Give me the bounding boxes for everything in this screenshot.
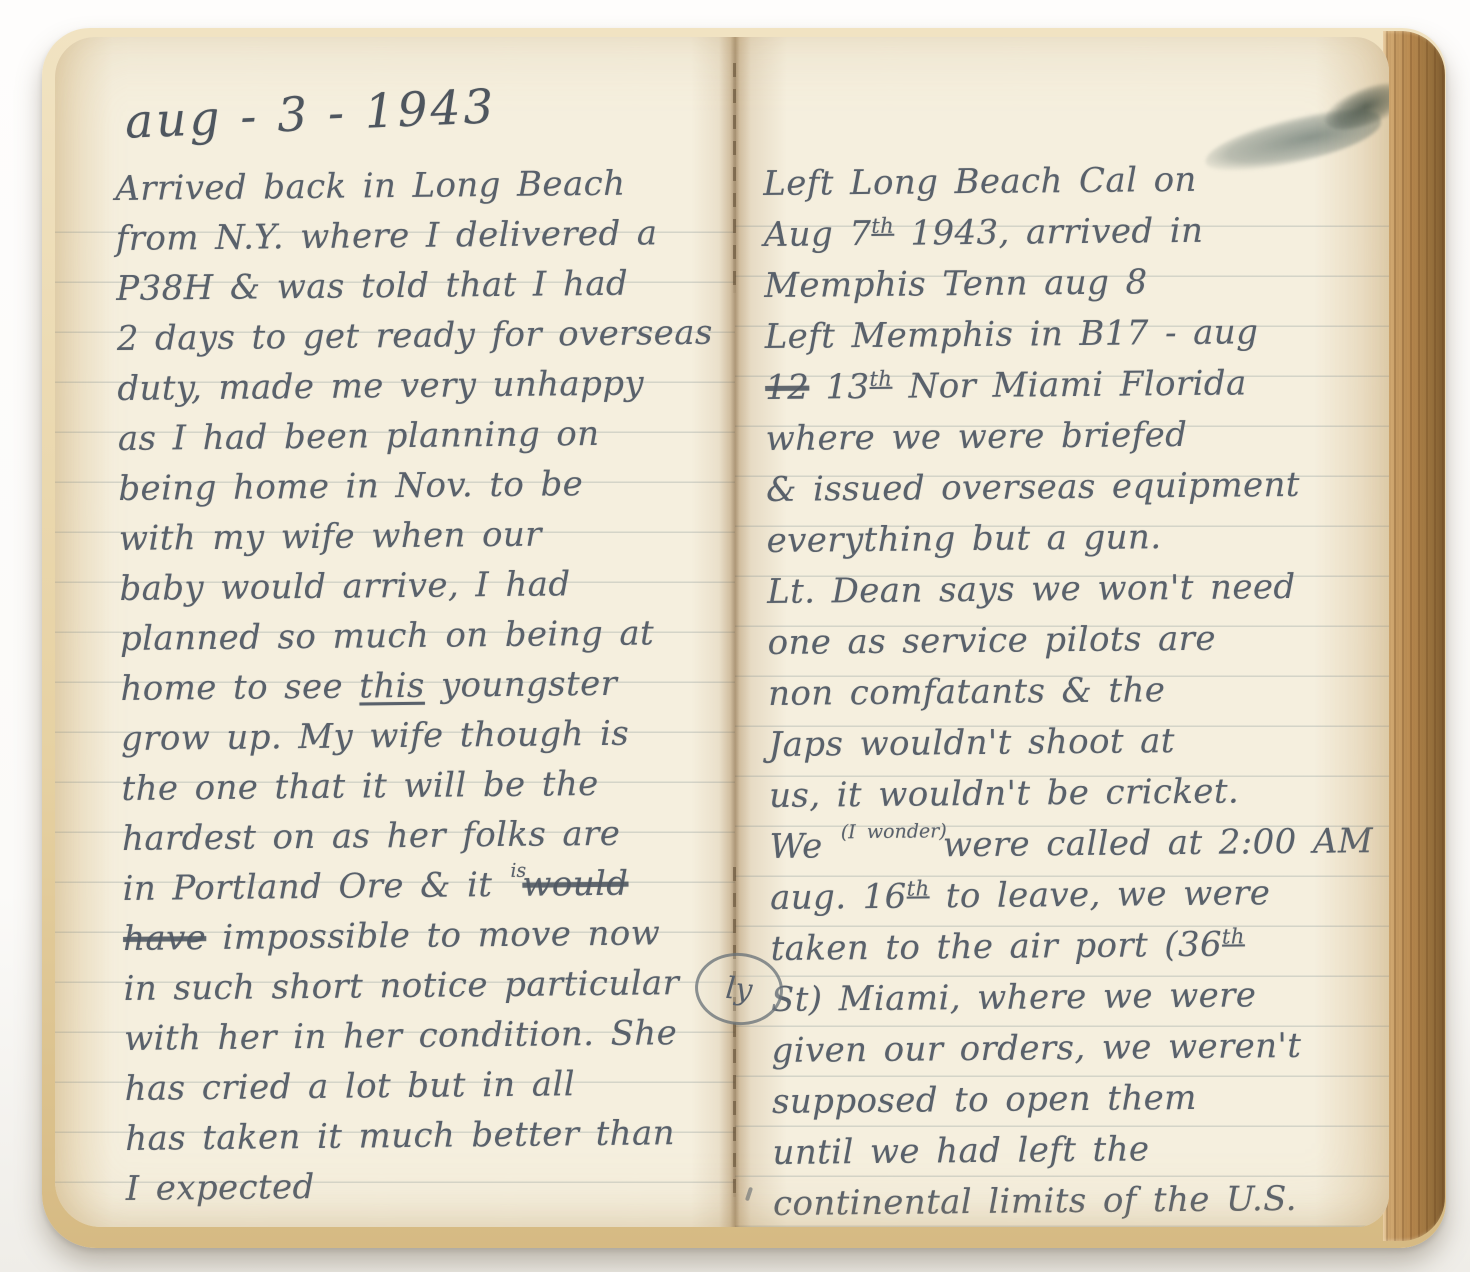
word-segment: I expected	[126, 1167, 315, 1209]
handwriting-line: baby would arrive, I had	[119, 558, 715, 614]
handwriting-line: duty, made me very unhappy	[117, 358, 713, 414]
open-pages: aug - 3 - 1943 Arrived back in Long Beac…	[55, 37, 1389, 1227]
notebook: aug - 3 - 1943 Arrived back in Long Beac…	[42, 28, 1446, 1248]
word-segment: baby would arrive, I had	[119, 564, 571, 609]
word-segment: Arrived back in Long Beach	[115, 164, 626, 209]
word-segment: everything but a gun.	[766, 517, 1161, 561]
handwriting-line: St) Miami, where we were	[771, 969, 1375, 1026]
handwriting-line: being home in Nov. to be	[118, 458, 714, 514]
word-segment: has cried a lot but in all	[124, 1064, 575, 1109]
handwriting-line: as I had been planning on	[118, 408, 714, 464]
word-segment: Memphis Tenn aug 8	[764, 262, 1148, 306]
word-segment: Japs wouldn't shoot at	[768, 721, 1175, 765]
word-segment: Aug 7	[764, 214, 872, 255]
handwriting-line: from N.Y. where I delivered a	[116, 208, 712, 264]
handwriting-line: home to see this youngster	[120, 658, 716, 714]
handwriting-line: with her in her condition. She	[124, 1008, 720, 1064]
handwriting-line: Japs wouldn't shoot at	[768, 714, 1372, 771]
handwriting-line: Aug 7th 1943, arrived in	[763, 204, 1367, 261]
word-segment: one as service pilots are	[767, 619, 1216, 663]
word-segment: were called at 2:00 AM	[943, 821, 1374, 865]
word-segment: the one that it will be the	[121, 764, 599, 809]
handwriting-line: taken to the air port (36th	[770, 918, 1374, 975]
word-segment: from N.Y. where I delivered a	[116, 213, 658, 259]
word-segment: given our orders, we weren't	[771, 1026, 1301, 1071]
word-segment: grow up. My wife though is	[121, 714, 630, 759]
handwriting-line: Arrived back in Long Beach	[115, 158, 711, 214]
word-segment: being home in Nov. to be	[118, 464, 583, 509]
word-segment: in Portland Ore & it	[122, 865, 508, 909]
handwriting-line: Left Long Beach Cal on	[763, 153, 1367, 210]
word-segment: where we were briefed	[765, 415, 1187, 459]
handwriting-line: planned so much on being at	[120, 608, 716, 664]
word-segment: with my wife when our	[119, 515, 542, 559]
word-segment: hardest on as her folks are	[122, 814, 621, 859]
handwriting-line: We (I wonder)were called at 2:00 AM	[769, 816, 1373, 873]
word-segment: aug. 16	[770, 877, 907, 918]
word-segment: 1943, arrived in	[894, 211, 1203, 254]
word-segment: to leave, we were	[929, 873, 1270, 916]
handwriting-line: supposed to open them	[772, 1071, 1376, 1128]
handwriting-line: Memphis Tenn aug 8	[764, 255, 1368, 312]
word-segment: with her in her condition. She	[124, 1013, 677, 1059]
word-segment: youngster	[425, 664, 618, 706]
handwriting-line: with my wife when our	[119, 508, 715, 564]
inserted-note: is	[510, 846, 526, 896]
word-segment: until we had left the	[772, 1129, 1149, 1173]
left-page-handwriting: Arrived back in Long Beachfrom N.Y. wher…	[115, 158, 722, 1214]
word-segment: taken to the air port (36	[770, 925, 1222, 969]
word-segment: St) Miami, where we were	[771, 975, 1257, 1020]
handwriting-line: P38H & was told that I had	[116, 258, 712, 314]
word-segment: 12	[765, 368, 809, 408]
word-segment: as I had been planning on	[118, 414, 600, 459]
handwriting-line: Lt. Dean says we won't need	[767, 561, 1371, 618]
word-segment: th	[871, 200, 894, 251]
handwriting-line: given our orders, we weren't	[771, 1020, 1375, 1077]
handwriting-line: I expected	[125, 1158, 721, 1214]
handwriting-line: & issued overseas equipment	[766, 459, 1370, 516]
handwriting-line: the one that it will be the	[121, 758, 717, 814]
handwriting-line: one as service pilots are	[767, 612, 1371, 669]
handwriting-line: continental limits of the U.S.	[773, 1173, 1377, 1227]
word-segment: has taken it much better than	[125, 1113, 675, 1159]
word-segment: We	[769, 826, 839, 867]
word-segment: 13	[809, 367, 870, 408]
word-segment: th	[869, 353, 892, 404]
word-segment: in such short notice particular	[123, 963, 679, 1009]
word-segment: duty, made me very unhappy	[117, 363, 644, 409]
word-segment: home to see	[120, 666, 359, 708]
word-segment: have	[123, 918, 207, 959]
handwriting-line: aug. 16th to leave, we were	[770, 867, 1374, 924]
inserted-note: (I wonder)	[841, 806, 947, 858]
handwriting-line: hardest on as her folks are	[122, 808, 718, 864]
handwriting-line: 12 13th Nor Miami Florida	[765, 357, 1369, 414]
word-segment: impossible to move now	[206, 913, 660, 958]
handwriting-line: where we were briefed	[765, 408, 1369, 465]
word-segment: 2 days to get ready for overseas	[117, 313, 713, 359]
word-segment: would	[522, 864, 629, 905]
handwriting-line: in Portland Ore & it iswould	[122, 858, 718, 914]
handwriting-line: in such short notice particular	[123, 958, 719, 1014]
word-segment: supposed to open them	[772, 1078, 1197, 1122]
handwriting-line: non comfatants & the	[768, 663, 1372, 720]
word-segment: th	[906, 862, 929, 913]
scanned-diary-photo: aug - 3 - 1943 Arrived back in Long Beac…	[0, 0, 1470, 1272]
word-segment: & issued overseas equipment	[766, 465, 1300, 510]
word-segment: Left Long Beach Cal on	[763, 160, 1197, 204]
word-segment: P38H & was told that I had	[116, 264, 628, 309]
word-segment: Nor Miami Florida	[892, 363, 1247, 406]
word-segment: us, it wouldn't be cricket.	[769, 771, 1239, 816]
word-segment: planned so much on being at	[120, 613, 655, 659]
word-segment: non comfatants & the	[768, 670, 1166, 714]
handwriting-line: 2 days to get ready for overseas	[117, 308, 713, 364]
handwriting-line: have impossible to move now	[123, 908, 719, 964]
word-segment: Left Memphis in B17 - aug	[765, 312, 1259, 357]
handwriting-line: Left Memphis in B17 - aug	[764, 306, 1368, 363]
word-segment: th	[1222, 910, 1245, 961]
page-edge-stack	[1383, 31, 1445, 1241]
handwriting-line: has cried a lot but in all	[124, 1058, 720, 1114]
right-page-handwriting: Left Long Beach Cal onAug 7th 1943, arri…	[763, 153, 1377, 1227]
handwriting-line: grow up. My wife though is	[121, 708, 717, 764]
word-segment: continental limits of the U.S.	[773, 1179, 1297, 1224]
handwriting-line: has taken it much better than	[125, 1108, 721, 1164]
word-segment: this	[359, 666, 425, 707]
word-segment: Lt. Dean says we won't need	[767, 567, 1296, 612]
handwriting-line: everything but a gun.	[766, 510, 1370, 567]
handwriting-line: until we had left the	[772, 1122, 1376, 1179]
